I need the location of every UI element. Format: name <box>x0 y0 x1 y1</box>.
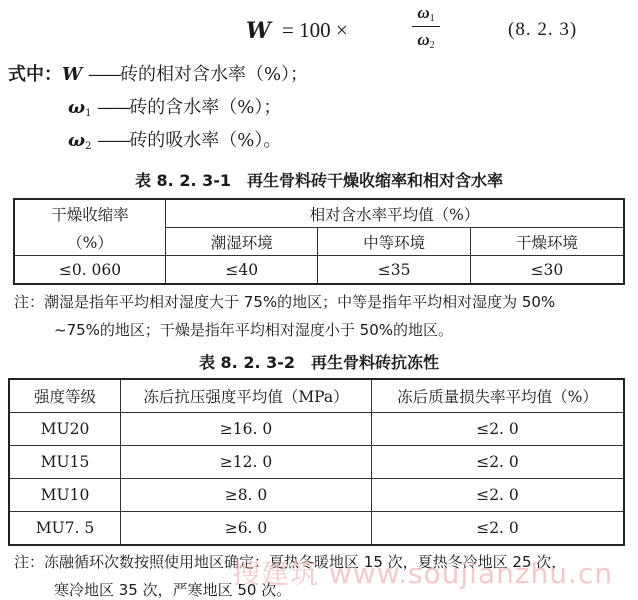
definition-text: 砖的吸水率（%）。 <box>129 130 281 151</box>
table1-caption: 表 8. 2. 3-1 再生骨料砖干燥收缩率和相对含水率 <box>0 168 638 191</box>
header-dry: 干燥环境 <box>470 228 624 256</box>
table-cell: MU20 <box>9 413 121 446</box>
table-cell: ≥16. 0 <box>121 413 372 446</box>
definition-text: 砖的相对含水率（%）； <box>120 64 308 85</box>
definition-text: 砖的含水率（%）； <box>129 97 281 118</box>
formula-8-2-3: W = 100 × ω1 ω2 (8. 2. 3) <box>246 2 638 58</box>
formula-expression: = 100 × <box>282 18 348 43</box>
table-cell: MU15 <box>9 446 121 479</box>
table-cell: ≤40 <box>166 256 318 285</box>
table-cell: MU10 <box>9 479 121 512</box>
header-medium: 中等环境 <box>318 228 470 256</box>
header-relative-moisture: 相对含水率平均值（%） <box>166 199 625 228</box>
table-row: MU15 ≥12. 0 ≤2. 0 <box>9 446 624 479</box>
table-cell: ≤2. 0 <box>372 512 625 546</box>
definition-dash: —— <box>97 97 129 118</box>
header-compressive-strength: 冻后抗压强度平均值（MPa） <box>121 379 372 413</box>
table-cell: ≤30 <box>470 256 624 285</box>
definitions-lead: 式中： <box>8 64 62 85</box>
table-cell: ≥8. 0 <box>121 479 372 512</box>
symbol-definitions: 式中：W ——砖的相对含水率（%）； ω1 ——砖的含水率（%）； ω2 ——砖… <box>8 58 308 157</box>
fraction-numerator: ω1 <box>412 2 440 24</box>
definition-row: ω2 ——砖的吸水率（%）。 <box>8 124 308 157</box>
table-cell: MU7. 5 <box>9 512 121 546</box>
definition-row: ω1 ——砖的含水率（%）； <box>8 91 308 124</box>
shrinkage-moisture-table: 干燥收缩率 （%） 相对含水率平均值（%） 潮湿环境 中等环境 干燥环境 ≤0.… <box>13 198 625 285</box>
watermark: 搜建筑 www.soujianzhu.cn <box>232 552 613 592</box>
note-line: ~75%的地区；干燥是指年平均相对湿度小于 50%的地区。 <box>14 316 555 344</box>
header-mass-loss: 冻后质量损失率平均值（%） <box>372 379 625 413</box>
definition-symbol: ω2 <box>68 124 92 163</box>
definition-dash: —— <box>88 64 120 85</box>
table-header-row: 强度等级 冻后抗压强度平均值（MPa） 冻后质量损失率平均值（%） <box>9 379 624 413</box>
table2-caption: 表 8. 2. 3-2 再生骨料砖抗冻性 <box>0 350 638 373</box>
table-row: MU7. 5 ≥6. 0 ≤2. 0 <box>9 512 624 546</box>
formula-fraction: ω1 ω2 <box>412 2 440 51</box>
note-line: 注：潮湿是指年平均相对湿度大于 75%的地区；中等是指年平均相对湿度为 50% <box>14 288 555 316</box>
definition-dash: —— <box>97 130 129 151</box>
fraction-bar <box>412 26 440 27</box>
table-row: MU20 ≥16. 0 ≤2. 0 <box>9 413 624 446</box>
table-cell: ≤2. 0 <box>372 446 625 479</box>
frost-resistance-table: 强度等级 冻后抗压强度平均值（MPa） 冻后质量损失率平均值（%） MU20 ≥… <box>8 378 625 546</box>
header-humid: 潮湿环境 <box>166 228 318 256</box>
table-row: MU10 ≥8. 0 ≤2. 0 <box>9 479 624 512</box>
fraction-denominator: ω2 <box>412 29 440 51</box>
table-cell: ≤2. 0 <box>372 413 625 446</box>
header-strength-grade: 强度等级 <box>9 379 121 413</box>
definition-row: 式中：W ——砖的相对含水率（%）； <box>8 58 308 91</box>
table-cell: ≤35 <box>318 256 470 285</box>
header-shrinkage: 干燥收缩率 （%） <box>14 199 166 256</box>
definition-symbol: W <box>62 58 82 91</box>
table-row: ≤0. 060 ≤40 ≤35 ≤30 <box>14 256 624 285</box>
table-cell: ≤2. 0 <box>372 479 625 512</box>
equation-number: (8. 2. 3) <box>508 19 577 41</box>
table-cell: ≤0. 060 <box>14 256 166 285</box>
table-cell: ≥12. 0 <box>121 446 372 479</box>
table-cell: ≥6. 0 <box>121 512 372 546</box>
formula-lhs: W <box>246 18 271 44</box>
table1-note: 注：潮湿是指年平均相对湿度大于 75%的地区；中等是指年平均相对湿度为 50% … <box>14 288 555 344</box>
